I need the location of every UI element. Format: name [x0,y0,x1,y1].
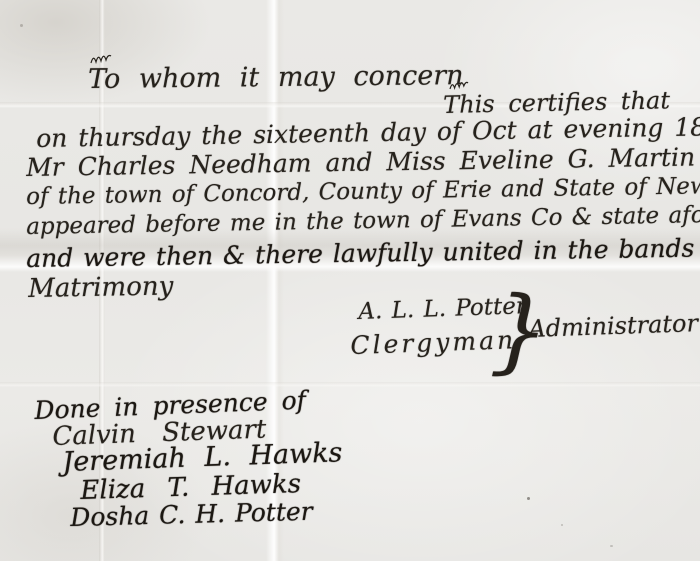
salutation-line: To whom it may concern [88,62,464,93]
paper-speck [561,524,563,526]
horizontal-fold-crease-lower [0,382,700,387]
paper-speck [20,24,23,27]
witness-signature: Dosha C. H. Potter [70,499,313,530]
paper-speck [610,545,613,547]
scanned-certificate-document: To whom it may concern This certifies th… [0,0,700,561]
matrimony-line: Matrimony [28,273,173,302]
body-line: and were then & there lawfully united in… [26,235,700,271]
paper-speck [527,497,530,500]
signer-role: Administrator [528,311,698,341]
